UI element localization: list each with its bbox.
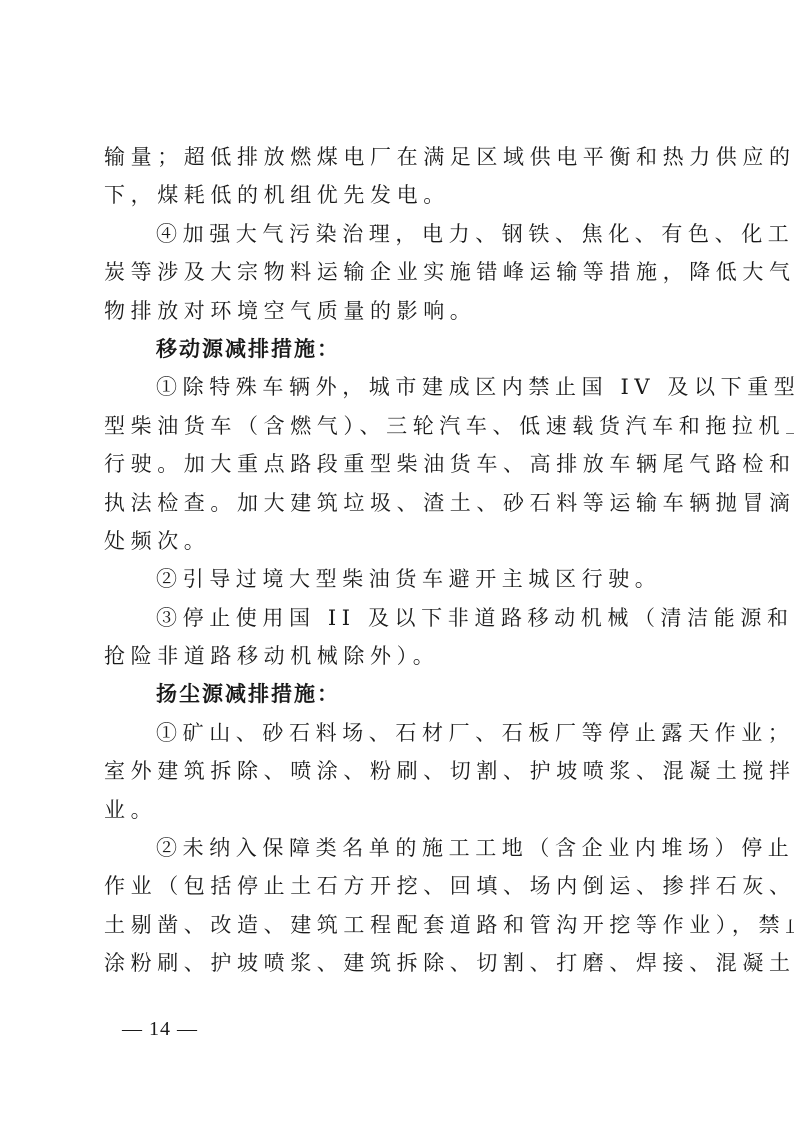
text-line: 业。 xyxy=(104,791,692,829)
text-line: ②未纳入保障类名单的施工工地（含企业内堆场）停止涉土 xyxy=(104,829,692,867)
text-line: 执法检查。加大建筑垃圾、渣土、砂石料等运输车辆抛冒滴漏查 xyxy=(104,484,692,522)
text-line: 物排放对环境空气质量的影响。 xyxy=(104,292,692,330)
text-line: ④加强大气污染治理，电力、钢铁、焦化、有色、化工、煤 xyxy=(104,215,692,253)
text-line: 行驶。加大重点路段重型柴油货车、高排放车辆尾气路检和专项 xyxy=(104,445,692,483)
text-line: 涂粉刷、护坡喷浆、建筑拆除、切割、打磨、焊接、混凝土搅拌 xyxy=(104,944,692,982)
text-line: ③停止使用国 II 及以下非道路移动机械（清洁能源和抢修 xyxy=(104,599,692,637)
document-body: 输量；超低排放燃煤电厂在满足区域供电平衡和热力供应的前提 下，煤耗低的机组优先发… xyxy=(104,138,692,983)
section-heading-dust-source: 扬尘源减排措施： xyxy=(104,675,692,713)
text-line: 输量；超低排放燃煤电厂在满足区域供电平衡和热力供应的前提 xyxy=(104,138,692,176)
text-line: 室外建筑拆除、喷涂、粉刷、切割、护坡喷浆、混凝土搅拌等作 xyxy=(104,752,692,790)
section-heading-mobile-source: 移动源减排措施： xyxy=(104,330,692,368)
text-line: ②引导过境大型柴油货车避开主城区行驶。 xyxy=(104,560,692,598)
text-line: ①除特殊车辆外，城市建成区内禁止国 IV 及以下重型和中 xyxy=(104,368,692,406)
text-line: 炭等涉及大宗物料运输企业实施错峰运输等措施，降低大气污染 xyxy=(104,253,692,291)
text-line: 处频次。 xyxy=(104,522,692,560)
text-line: 型柴油货车（含燃气）、三轮汽车、低速载货汽车和拖拉机上路 xyxy=(104,407,692,445)
page-number: — 14 — xyxy=(122,1018,198,1041)
text-line: 下，煤耗低的机组优先发电。 xyxy=(104,176,692,214)
text-line: ①矿山、砂石料场、石材厂、石板厂等停止露天作业；停止 xyxy=(104,714,692,752)
text-line: 土剔凿、改造、建筑工程配套道路和管沟开挖等作业），禁止喷 xyxy=(104,906,692,944)
text-line: 作业（包括停止土石方开挖、回填、场内倒运、掺拌石灰、混凝 xyxy=(104,867,692,905)
text-line: 抢险非道路移动机械除外）。 xyxy=(104,637,692,675)
